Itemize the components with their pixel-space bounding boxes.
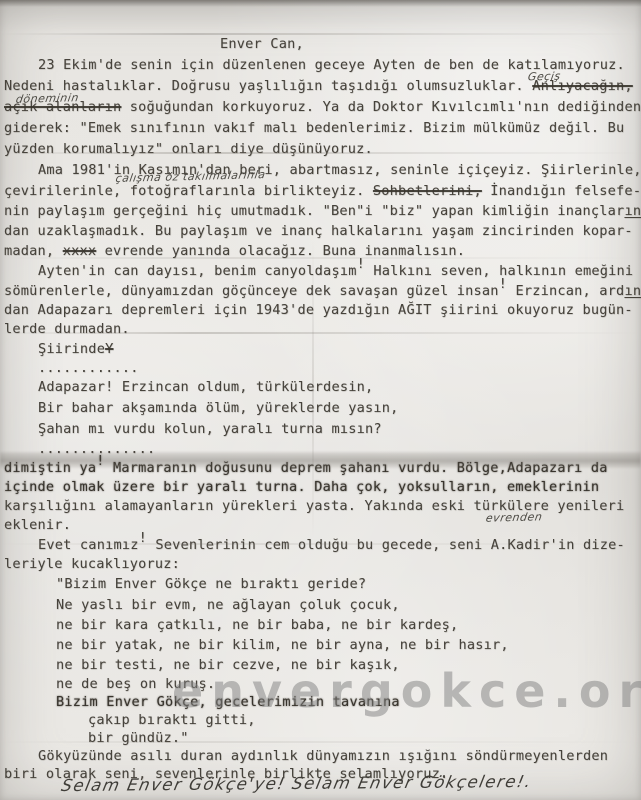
fold-crease	[0, 452, 641, 468]
crease	[0, 332, 641, 334]
letter-line: Adapazar! Erzincan oldum, türkülerdesin,	[38, 379, 373, 396]
letter-line: ne bir kara çatkılı, ne bir baba, ne bir…	[56, 617, 458, 634]
text-segment: Ne yaslı bir evm, ne ağlayan çoluk çocuk…	[56, 597, 400, 613]
crease	[0, 741, 641, 743]
text-segment: "Bizim Enver Gökçe ne bıraktı geride?	[56, 576, 366, 592]
crease	[0, 543, 641, 545]
text-segment: sömürenlerle, dünyamızdan göçünceye dek …	[4, 283, 499, 299]
text-segment: ın	[624, 283, 641, 299]
letter-line: Şahan mı vurdu kolun, yaralı turna mısın…	[38, 421, 382, 438]
text-segment: çevirilerinle, fotoğraflarınla birliktey…	[4, 183, 373, 199]
text-segment: ın	[624, 203, 641, 219]
text-segment: Sevenlerinin cem olduğu bu gecede, seni …	[147, 537, 625, 553]
text-segment: Şiirinde	[38, 341, 105, 357]
letter-page: Enver Can,23 Ekim'de senin için düzenlen…	[0, 0, 641, 800]
letter-line: Ne yaslı bir evm, ne ağlayan çoluk çocuk…	[56, 597, 400, 614]
letter-line: sömürenlerle, dünyamızdan göçünceye dek …	[4, 283, 641, 300]
letter-line: giderek: "Emek sınıfının vakıf malı bede…	[4, 120, 624, 137]
crease	[312, 240, 314, 540]
text-segment: eklenir.	[4, 517, 71, 533]
text-segment: yüzden korumalıyız" onları diye düşünüyo…	[4, 141, 373, 157]
letter-line: bir gündüz."	[88, 730, 189, 747]
letter-line: nin paylaşım gerçeğini hiç umutmadık. "B…	[4, 203, 641, 220]
text-segment: ne bir kara çatkılı, ne bir baba, ne bir…	[56, 617, 458, 633]
text-segment: dan uzaklaşmadık. Bu paylaşım ve inanç h…	[4, 223, 633, 239]
text-segment: ne bir yatak, ne bir kilim, ne bir ayna,…	[56, 637, 509, 653]
text-segment: Adapazar! Erzincan oldum, türkülerdesin,	[38, 379, 373, 395]
letter-line: "Bizim Enver Gökçe ne bıraktı geride?	[56, 576, 366, 593]
text-segment: nin paylaşım gerçeğini hiç umutmadık. "B…	[4, 203, 624, 219]
handwritten-annotation: Selam Enver Gökçe'ye! Selam Enver Gökçel…	[60, 772, 534, 795]
text-segment: soğuğundan korkuyoruz. Ya da Doktor Kıvı…	[121, 99, 641, 115]
text-segment: Enver Can,	[220, 36, 304, 52]
handwritten-annotation: evrenden	[485, 510, 543, 524]
text-segment: Gökyüzünde asılı duran aydınlık dünyamız…	[38, 748, 608, 764]
letter-line: ............	[38, 360, 139, 377]
letter-line: dan uzaklaşmadık. Bu paylaşım ve inanç h…	[4, 223, 633, 240]
letter-line: Gökyüzünde asılı duran aydınlık dünyamız…	[38, 748, 608, 765]
text-segment: Bir bahar akşamında ölüm, yüreklerde yas…	[38, 400, 399, 416]
handwritten-annotation: Geçiş	[527, 70, 562, 84]
text-segment: Ayten'in can dayısı, benim canyoldaşım	[38, 263, 357, 279]
text-segment: Nedeni hastalıklar. Doğrusu yaşlılığın t…	[4, 78, 532, 94]
text-segment: leriyle kucaklıyoruz:	[4, 556, 180, 572]
letter-line: Evet canımız! Sevenlerinin cem olduğu bu…	[38, 537, 625, 554]
crease	[0, 257, 641, 259]
text-segment: Şahan mı vurdu kolun, yaralı turna mısın…	[38, 421, 382, 437]
text-segment: Y	[105, 341, 113, 357]
crease	[0, 33, 641, 35]
text-segment: İnandığın felsefe-	[482, 183, 641, 199]
text-segment: giderek: "Emek sınıfının vakıf malı bede…	[4, 120, 624, 136]
text-segment: lerde durmadan.	[4, 321, 130, 337]
text-segment: Evet canımız	[38, 537, 139, 553]
text-segment: Erzincan, ard	[507, 283, 624, 299]
letter-line: leriyle kucaklıyoruz:	[4, 556, 180, 573]
letter-line: çevirilerinle, fotoğraflarınla birliktey…	[4, 183, 641, 200]
text-segment: içinde olmak üzere bir yaralı turna. Dah…	[4, 479, 599, 495]
text-segment: Sohbetlerini,	[373, 183, 482, 199]
letter-line: Ayten'in can dayısı, benim canyoldaşım! …	[38, 263, 633, 280]
letter-line: ŞiirindeY	[38, 341, 113, 358]
letter-line: eklenir.	[4, 517, 71, 534]
letter-line: lerde durmadan.	[4, 321, 130, 338]
text-segment: !	[499, 276, 507, 292]
handwritten-annotation: döneminin	[15, 91, 80, 106]
letter-line: Enver Can,	[220, 36, 304, 53]
letter-line: ne bir yatak, ne bir kilim, ne bir ayna,…	[56, 637, 509, 654]
letter-line: Bir bahar akşamında ölüm, yüreklerde yas…	[38, 400, 399, 417]
text-segment: dan Adapazarı depremleri için 1943'de ya…	[4, 302, 633, 318]
scan-edge-shadow	[0, 0, 641, 7]
watermark: envergokce.org	[172, 668, 641, 714]
text-segment: bir gündüz."	[88, 730, 189, 746]
letter-line: açık alanların soğuğundan korkuyoruz. Ya…	[4, 99, 641, 116]
letter-line: yüzden korumalıyız" onları diye düşünüyo…	[4, 141, 373, 158]
text-segment: ............	[38, 360, 139, 376]
crease	[0, 152, 641, 154]
letter-line: içinde olmak üzere bir yaralı turna. Dah…	[4, 479, 599, 496]
letter-line: dan Adapazarı depremleri için 1943'de ya…	[4, 302, 633, 319]
